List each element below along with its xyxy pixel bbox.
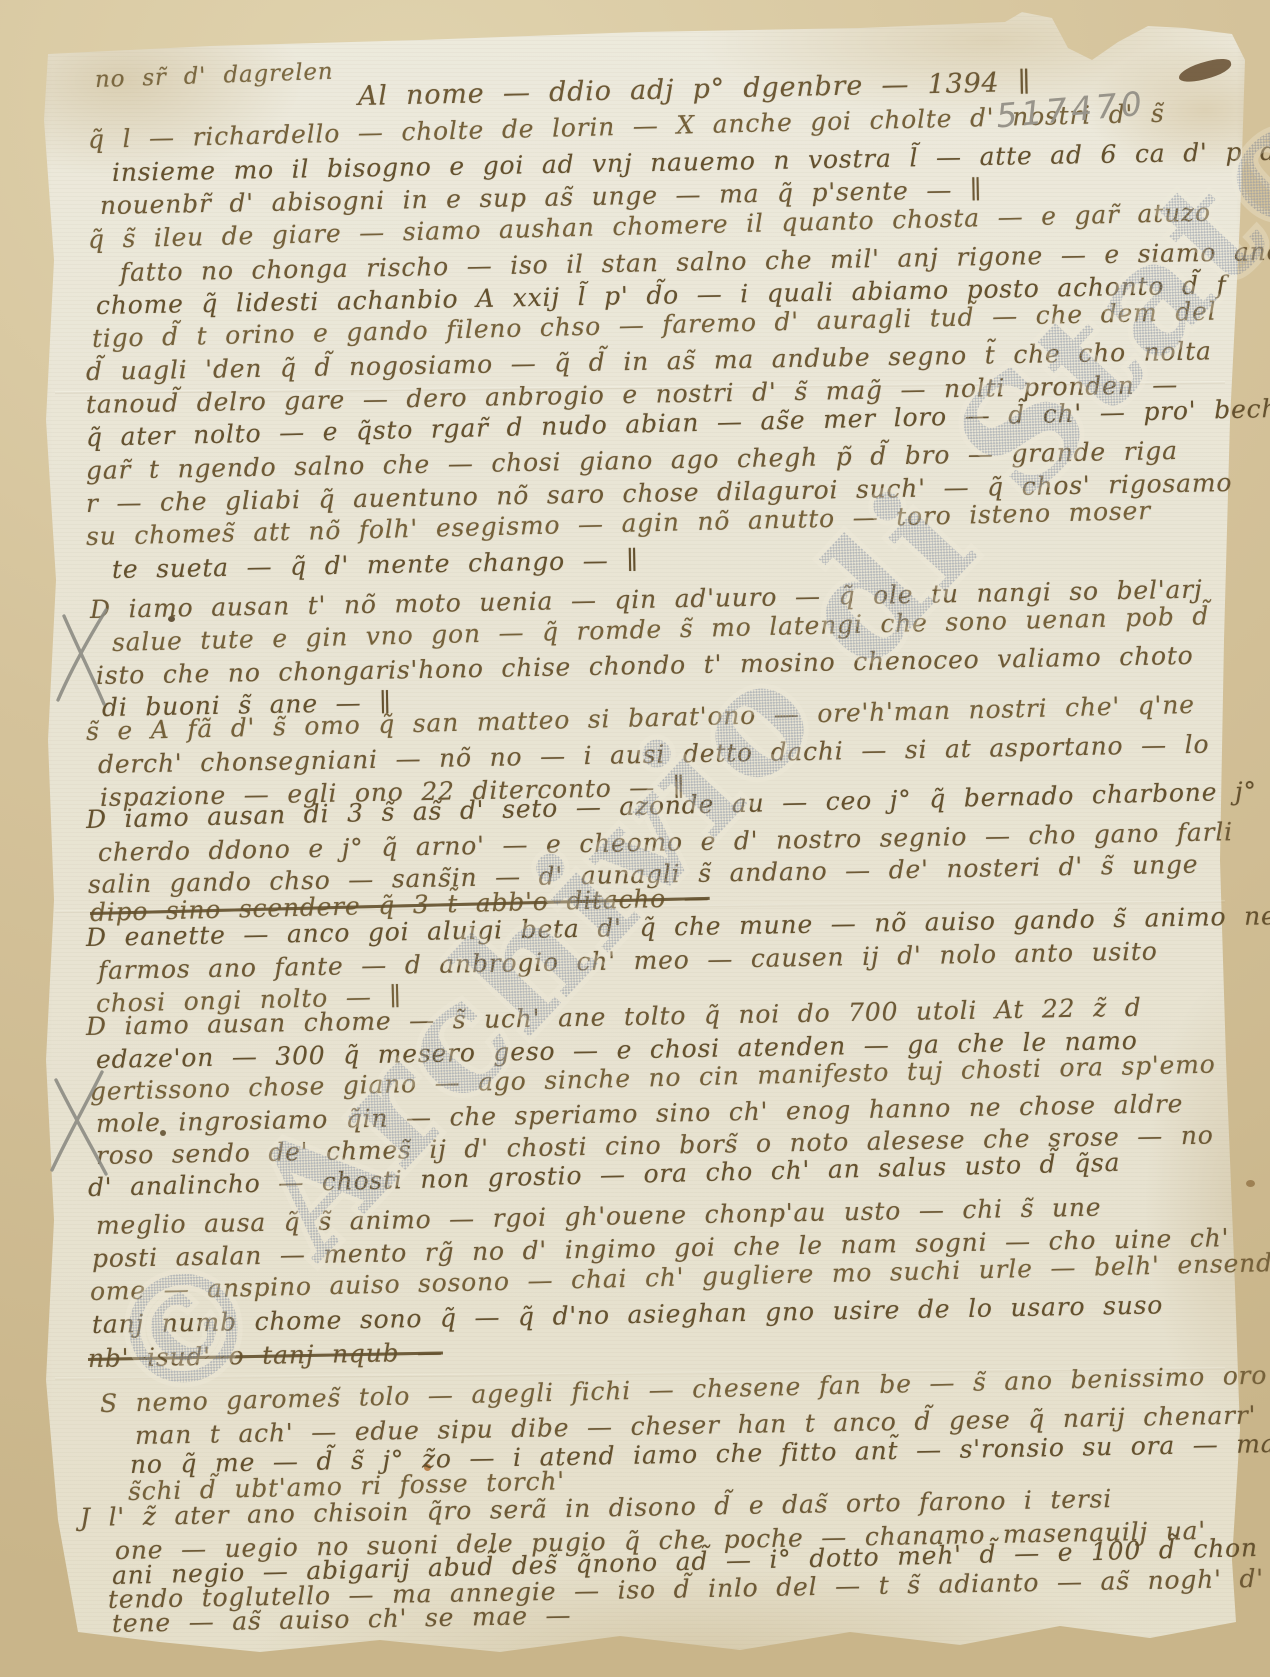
scan-background: no sr̃ d' dagrelen Al nome — ddio adj p°… [0,0,1270,1677]
text-line: te sueta — q̃ d' mente chango — ∥ [112,546,639,583]
corner-note: no sr̃ d' dagrelen [95,60,334,94]
text-layer: no sr̃ d' dagrelen Al nome — ddio adj p°… [0,0,1270,1677]
text-line: nb' isud' o tanj nqub — [88,1338,443,1372]
text-line: tene — as̃ auiso ch' se mae — [112,1602,572,1638]
